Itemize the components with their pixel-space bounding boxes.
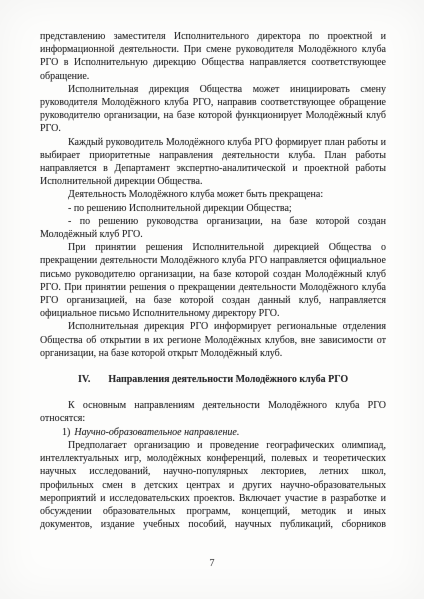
page-number: 7 (0, 558, 424, 569)
list-item-marker: 1) (62, 427, 70, 438)
paragraph: Деятельность Молодёжного клуба может быт… (40, 188, 386, 201)
paragraph: Исполнительная дирекция РГО информирует … (40, 320, 386, 360)
paragraph: Каждый руководитель Молодёжного клуба РГ… (40, 136, 386, 189)
section-numeral: IV. (78, 373, 90, 386)
dash-list-item: - по решению Исполнительной дирекции Общ… (40, 202, 386, 215)
paragraph: При принятии решения Исполнительной дире… (40, 241, 386, 320)
list-item-title: Научно-образовательное направление. (74, 427, 239, 438)
numbered-list-item: 1)Научно-образовательное направление. (40, 426, 386, 439)
paragraph: Предполагает организацию и проведение ге… (40, 439, 386, 531)
document-page: представлению заместителя Исполнительног… (0, 0, 424, 599)
paragraph-continuation: представлению заместителя Исполнительног… (40, 30, 386, 83)
section-heading: IV.Направления деятельности Молодёжного … (78, 373, 386, 386)
paragraph: К основным направлениям деятельности Мол… (40, 399, 386, 425)
section-title: Направления деятельности Молодёжного клу… (108, 374, 348, 385)
page-content: представлению заместителя Исполнительног… (0, 0, 424, 531)
paragraph: Исполнительная дирекция Общества может и… (40, 83, 386, 136)
dash-list-item: - по решению руководства организации, на… (40, 215, 386, 241)
